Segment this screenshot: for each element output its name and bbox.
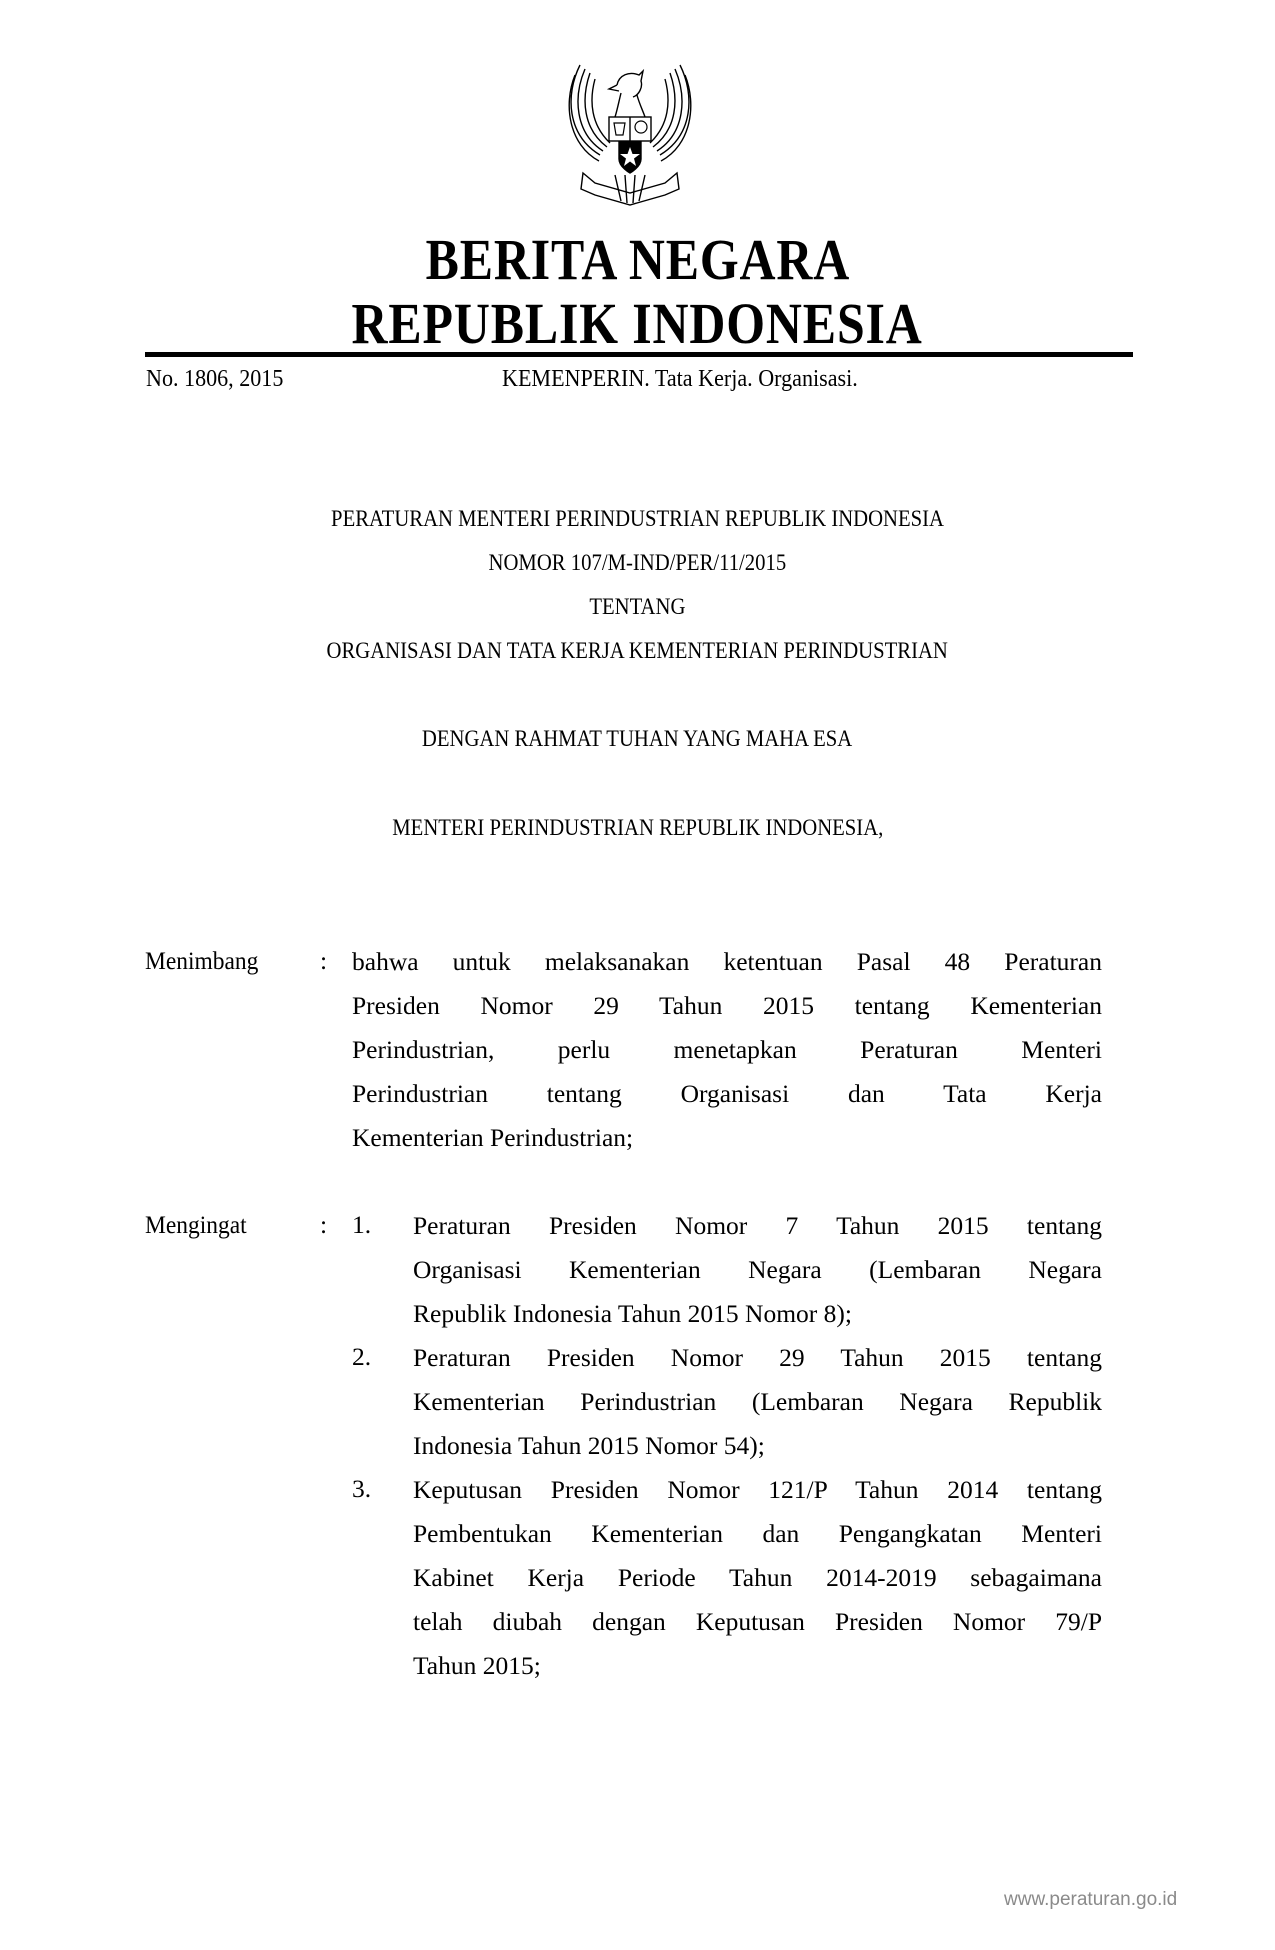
- list-item: Keputusan Presiden Nomor 121/P Tahun 201…: [413, 1468, 1102, 1688]
- text-line: Kementerian Perindustrian (Lembaran Nega…: [413, 1380, 1102, 1424]
- text-line: Kementerian Perindustrian;: [352, 1116, 1102, 1160]
- gazette-number: No. 1806, 2015: [146, 366, 295, 393]
- gazette-title-line-2: REPUBLIK INDONESIA: [0, 290, 1275, 357]
- text-line: bahwa untuk melaksanakan ketentuan Pasal…: [352, 940, 1102, 984]
- list-item-number: 2.: [352, 1342, 371, 1372]
- text-line: Organisasi Kementerian Negara (Lembaran …: [413, 1248, 1102, 1292]
- regulation-subject: ORGANISASI DAN TATA KERJA KEMENTERIAN PE…: [0, 638, 1275, 664]
- text-line: telah diubah dengan Keputusan Presiden N…: [413, 1600, 1102, 1644]
- text-line: Kabinet Kerja Periode Tahun 2014-2019 se…: [413, 1556, 1102, 1600]
- menimbang-colon: :: [320, 946, 327, 976]
- text-line: Perindustrian, perlu menetapkan Peratura…: [352, 1028, 1102, 1072]
- menimbang-label: Menimbang: [145, 946, 268, 976]
- text-line: Peraturan Presiden Nomor 29 Tahun 2015 t…: [413, 1336, 1102, 1380]
- menimbang-paragraph: bahwa untuk melaksanakan ketentuan Pasal…: [352, 940, 1102, 1160]
- mengingat-colon: :: [320, 1210, 327, 1240]
- text-line: Pembentukan Kementerian dan Pengangkatan…: [413, 1512, 1102, 1556]
- regulation-about-label: TENTANG: [0, 594, 1275, 620]
- invocation: DENGAN RAHMAT TUHAN YANG MAHA ESA: [0, 726, 1275, 752]
- text-line: Perindustrian tentang Organisasi dan Tat…: [352, 1072, 1102, 1116]
- text-line: Tahun 2015;: [413, 1644, 1102, 1688]
- text-line: Indonesia Tahun 2015 Nomor 54);: [413, 1424, 1102, 1468]
- text-line: Presiden Nomor 29 Tahun 2015 tentang Kem…: [352, 984, 1102, 1028]
- source-watermark-link[interactable]: www.peraturan.go.id: [1004, 1889, 1177, 1911]
- list-item-number: 1.: [352, 1210, 371, 1240]
- text-line: Republik Indonesia Tahun 2015 Nomor 8);: [413, 1292, 1102, 1336]
- text-line: Peraturan Presiden Nomor 7 Tahun 2015 te…: [413, 1204, 1102, 1248]
- regulation-number: NOMOR 107/M-IND/PER/11/2015: [0, 550, 1275, 576]
- gazette-subject: KEMENPERIN. Tata Kerja. Organisasi.: [502, 366, 889, 393]
- list-item: Peraturan Presiden Nomor 7 Tahun 2015 te…: [413, 1204, 1102, 1336]
- garuda-emblem-icon: [555, 55, 705, 215]
- list-item-number: 3.: [352, 1474, 371, 1504]
- issuer: MENTERI PERINDUSTRIAN REPUBLIK INDONESIA…: [0, 815, 1275, 841]
- header-rule-divider: [145, 352, 1133, 357]
- regulation-title: PERATURAN MENTERI PERINDUSTRIAN REPUBLIK…: [0, 506, 1275, 532]
- mengingat-label: Mengingat: [145, 1210, 255, 1240]
- text-line: Keputusan Presiden Nomor 121/P Tahun 201…: [413, 1468, 1102, 1512]
- list-item: Peraturan Presiden Nomor 29 Tahun 2015 t…: [413, 1336, 1102, 1468]
- gazette-title-line-1: BERITA NEGARA: [0, 226, 1275, 293]
